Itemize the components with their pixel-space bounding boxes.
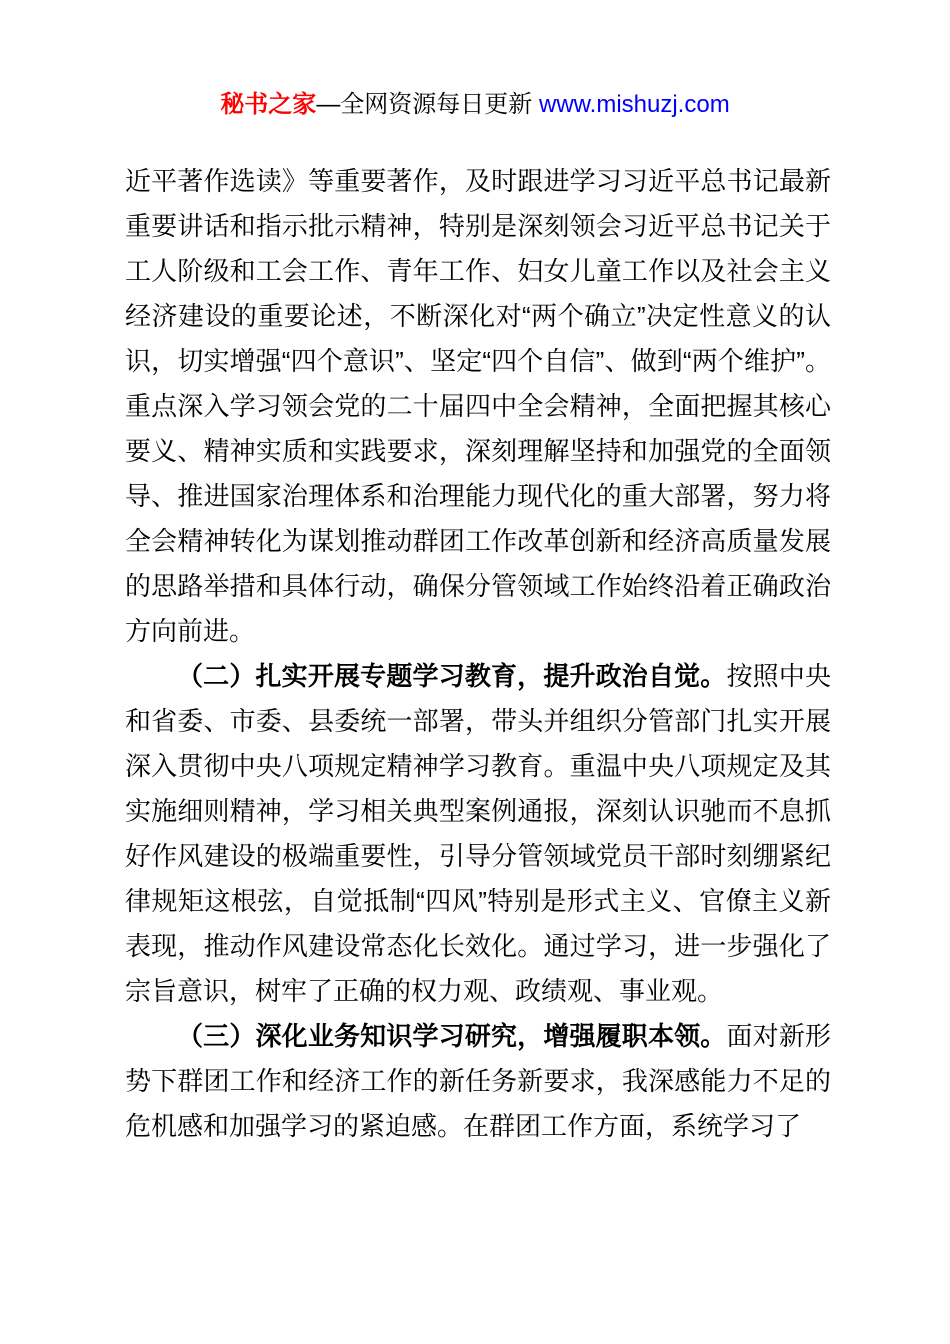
document-body: 近平著作选读》等重要著作，及时跟进学习习近平总书记最新重要讲话和指示批示精神，特… (125, 159, 831, 1149)
site-header: 秘书之家—全网资源每日更新 www.mishuzj.com (0, 90, 950, 120)
paragraph-continuation: 近平著作选读》等重要著作，及时跟进学习习近平总书记最新重要讲话和指示批示精神，特… (125, 159, 831, 654)
section-2-heading: （二）扎实开展专题学习教育，提升政治自觉。 (177, 661, 726, 691)
section-3-heading: （三）深化业务知识学习研究，增强履职本领。 (177, 1021, 726, 1051)
paragraph-section-3: （三）深化业务知识学习研究，增强履职本领。面对新形势下群团工作和经济工作的新任务… (125, 1014, 831, 1149)
paragraph-section-2: （二）扎实开展专题学习教育，提升政治自觉。按照中央和省委、市委、县委统一部署，带… (125, 654, 831, 1014)
site-tagline: —全网资源每日更新 (316, 91, 539, 118)
paragraph-continuation-text: 近平著作选读》等重要著作，及时跟进学习习近平总书记最新重要讲话和指示批示精神，特… (125, 166, 831, 646)
site-brand: 秘书之家 (220, 91, 316, 118)
section-2-text: 按照中央和省委、市委、县委统一部署，带头并组织分管部门扎实开展深入贯彻中央八项规… (125, 661, 831, 1006)
document-page: 秘书之家—全网资源每日更新 www.mishuzj.com 近平著作选读》等重要… (0, 0, 950, 1344)
site-url-link[interactable]: www.mishuzj.com (539, 91, 730, 118)
